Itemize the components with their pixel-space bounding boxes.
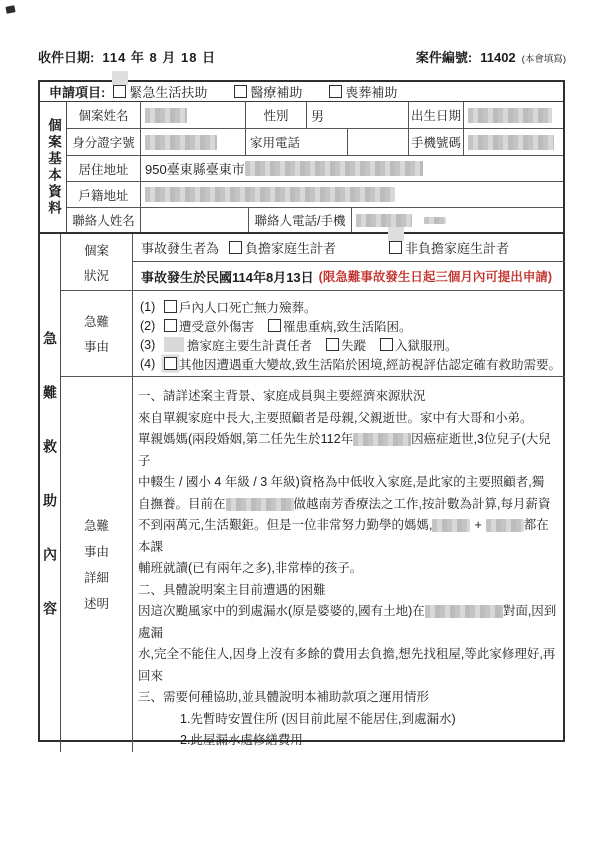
status-breadwinner-line: 事故發生者為 負擔家庭生計者 非負擔家庭生計者 <box>133 234 565 262</box>
redacted-child-name-1 <box>432 519 470 532</box>
basic-section-vertical-label: 個案基本資料 <box>40 102 67 232</box>
emergency-reason-row: 急難 事由 (1) 戶內人口死亡無力殮葬。 (2) 遭受意外傷害 <box>61 291 565 377</box>
redacted-contact-phone <box>356 214 412 227</box>
relief-rows: 個案 狀況 事故發生者為 負擔家庭生計者 非負擔家庭生計 <box>61 234 565 752</box>
incident-deadline-note: (限急難事故發生日起三個月內可提出申請) <box>319 267 552 285</box>
contact-name-value <box>141 208 249 232</box>
scanned-application-form: 收件日期:114 年 8 月 18 日 案件編號:11402(本會填寫) 申請項… <box>0 0 600 849</box>
reason-item-1: (1) 戶內人口死亡無力殮葬。 <box>140 297 561 316</box>
case-number: 案件編號:11402(本會填寫) <box>416 47 566 66</box>
contact-phone-label: 聯絡人電話/手機 <box>249 208 352 232</box>
case-number-value: 11402 <box>480 50 515 65</box>
checkbox-serious-illness <box>268 319 281 332</box>
row-name-gender-birth: 個案姓名 性別 男 出生日期 <box>67 102 563 129</box>
detailed-statement-label: 急難 事由 詳細 述明 <box>61 377 133 752</box>
redacted-case-name <box>145 108 187 123</box>
checkbox-accidental-injury <box>164 319 177 332</box>
case-status-label: 個案 狀況 <box>61 234 133 290</box>
case-name-value <box>141 102 246 128</box>
receipt-date-value: 114 年 8 月 18 日 <box>102 50 216 65</box>
gender-value: 男 <box>307 102 409 128</box>
redacted-living-address <box>245 161 423 176</box>
apply-items-row: 申請項目: 緊急生活扶助 醫療補助 喪葬補助 <box>40 82 563 102</box>
case-name-label: 個案姓名 <box>67 102 141 128</box>
section1-line3: 中輟生 / 國小 4 年級 / 3 年級)資格為中低收入家庭,是此家的主要照顧者… <box>138 472 557 494</box>
contact-name-label: 聯絡人姓名 <box>67 208 141 232</box>
status-incident-date-line: 事故發生於民國114年8月13日 (限急難事故發生日起三個月內可提出申請) <box>133 262 565 290</box>
case-number-label: 案件編號: <box>416 50 472 65</box>
section2-line1: 因這次颱風家中的到處漏水(原是婆婆的,國有土地)在對面,因到處漏 <box>138 601 557 644</box>
relief-content-section: 急難救助內容 個案 狀況 事故發生者為 負擔家庭生計者 <box>40 234 563 752</box>
detailed-statement-content: 一、請詳述案主背景、家庭成員與主要經濟來源狀況 來自單親家庭中長大,主要照顧者是… <box>133 377 565 752</box>
apply-option-label: 醫療補助 <box>250 82 302 101</box>
home-phone-value <box>348 129 409 155</box>
section1-line6: 輔班就讀(已有兩年之多),非常棒的孩子。 <box>138 558 557 580</box>
section1-line4: 自撫養。目前在做越南芳香療法之工作,按計數為計算,每月薪資 <box>138 494 557 516</box>
apply-option-funeral: 喪葬補助 <box>329 82 397 101</box>
row-id-phones: 身分證字號 家用電話 手機號碼 <box>67 129 563 156</box>
section1-line1: 來自單親家庭中長大,主要照顧者是母親,父親逝世。家中有大哥和小弟。 <box>138 408 557 430</box>
form-header: 收件日期:114 年 8 月 18 日 案件編號:11402(本會填寫) <box>38 47 566 66</box>
case-status-row: 個案 狀況 事故發生者為 負擔家庭生計者 非負擔家庭生計 <box>61 234 565 291</box>
redaction-smudge <box>164 337 184 352</box>
redacted-contact-phone-2 <box>424 217 446 224</box>
status-option-non-breadwinner: 非負擔家庭生計者 <box>389 238 509 257</box>
reason-item-4: (4) 其他因遭遇重大變故,致生活陷於困境,經訪視評估認定確有救助需要。 <box>140 354 561 373</box>
checkbox-funeral-subsidy <box>329 85 342 98</box>
receipt-date: 收件日期:114 年 8 月 18 日 <box>38 47 216 66</box>
checkbox-non-breadwinner <box>389 241 402 254</box>
living-address-label: 居住地址 <box>67 156 141 181</box>
checkbox-death-in-household <box>164 300 177 313</box>
registered-address-label: 戶籍地址 <box>67 182 141 207</box>
home-phone-label: 家用電話 <box>246 129 348 155</box>
checkbox-other-major-incident <box>164 357 177 370</box>
application-form-table: 申請項目: 緊急生活扶助 醫療補助 喪葬補助 個案基本資料 個案姓名 <box>38 80 565 742</box>
reason-item-3: (3) 擔家庭主要生計責任者 失蹤 入獄服刑。 <box>140 335 561 354</box>
redacted-registered-address <box>145 187 395 202</box>
checkbox-imprisoned <box>380 338 393 351</box>
checkbox-emergency-living-aid <box>113 85 126 98</box>
section3-item2: 2.此屋漏水處修繕費用 <box>138 730 557 752</box>
row-contact: 聯絡人姓名 聯絡人電話/手機 <box>67 208 563 232</box>
incident-date-text: 事故發生於民國114年8月13日 <box>141 267 314 286</box>
case-status-content: 事故發生者為 負擔家庭生計者 非負擔家庭生計者 事故發生於民國114 <box>133 234 565 290</box>
birth-date-value <box>464 102 562 128</box>
living-address-value: 950臺東縣臺東市 <box>141 156 563 181</box>
redacted-id-number <box>145 135 217 150</box>
basic-info-section: 個案基本資料 個案姓名 性別 男 出生日期 身分證字號 家用電話 手機號碼 <box>40 102 563 234</box>
section2-line2: 水,完全不能住人,因身上沒有多餘的費用去負擔,想先找租屋,等此家修理好,再回來 <box>138 644 557 687</box>
mobile-label: 手機號碼 <box>409 129 464 155</box>
registered-address-value <box>141 182 563 207</box>
checkbox-medical-subsidy <box>234 85 247 98</box>
section1-line2: 單親媽媽(兩段婚姻,第二任先生於112年因癌症逝世,3位兒子(大兒子 <box>138 429 557 472</box>
contact-phone-value <box>352 208 563 232</box>
row-living-address: 居住地址 950臺東縣臺東市 <box>67 156 563 182</box>
redacted-birth-date <box>468 108 552 123</box>
redacted-child-name-2 <box>486 519 524 532</box>
apply-option-label: 喪葬補助 <box>345 82 397 101</box>
redacted-location <box>425 605 503 618</box>
emergency-reason-content: (1) 戶內人口死亡無力殮葬。 (2) 遭受意外傷害 罹患重病,致生活陷困。 <box>133 291 565 376</box>
detailed-statement-row: 急難 事由 詳細 述明 一、請詳述案主背景、家庭成員與主要經濟來源狀況 來自單親… <box>61 377 565 752</box>
birth-date-label: 出生日期 <box>409 102 464 128</box>
apply-option-label: 緊急生活扶助 <box>129 82 207 101</box>
reason-item-2: (2) 遭受意外傷害 罹患重病,致生活陷困。 <box>140 316 561 335</box>
section1-title: 一、請詳述案主背景、家庭成員與主要經濟來源狀況 <box>138 386 557 408</box>
apply-option-emergency-living: 緊急生活扶助 <box>113 82 207 101</box>
gender-label: 性別 <box>246 102 307 128</box>
section2-title: 二、具體說明案主目前遭遇的困難 <box>138 580 557 602</box>
redacted-date <box>353 433 411 446</box>
redacted-mobile <box>468 135 554 150</box>
checkbox-breadwinner <box>229 241 242 254</box>
checkbox-missing <box>326 338 339 351</box>
status-option-breadwinner: 負擔家庭生計者 <box>229 238 336 257</box>
receipt-date-label: 收件日期: <box>38 50 94 65</box>
row-registered-address: 戶籍地址 <box>67 182 563 208</box>
case-number-note: (本會填寫) <box>522 54 566 65</box>
basic-info-rows: 個案姓名 性別 男 出生日期 身分證字號 家用電話 手機號碼 居住地址 <box>67 102 563 232</box>
status-prefix: 事故發生者為 <box>141 238 219 257</box>
redacted-workplace <box>226 498 294 511</box>
section3-item1: 1.先暫時安置住所 (因目前此屋不能居住,到處漏水) <box>138 709 557 731</box>
id-number-value <box>141 129 246 155</box>
apply-option-medical: 醫療補助 <box>234 82 302 101</box>
mobile-value <box>464 129 562 155</box>
section3-title: 三、需要何種協助,並具體說明本補助款項之運用情形 <box>138 687 557 709</box>
apply-items-label: 申請項目: <box>49 82 105 101</box>
scan-artifact-mark <box>5 5 15 14</box>
relief-section-vertical-label: 急難救助內容 <box>40 234 61 752</box>
emergency-reason-label: 急難 事由 <box>61 291 133 376</box>
living-address-text: 950臺東縣臺東市 <box>145 159 245 178</box>
section1-line5: 不到兩萬元,生活艱鉅。但是一位非常努力勤學的媽媽,+都在本課 <box>138 515 557 558</box>
id-number-label: 身分證字號 <box>67 129 141 155</box>
